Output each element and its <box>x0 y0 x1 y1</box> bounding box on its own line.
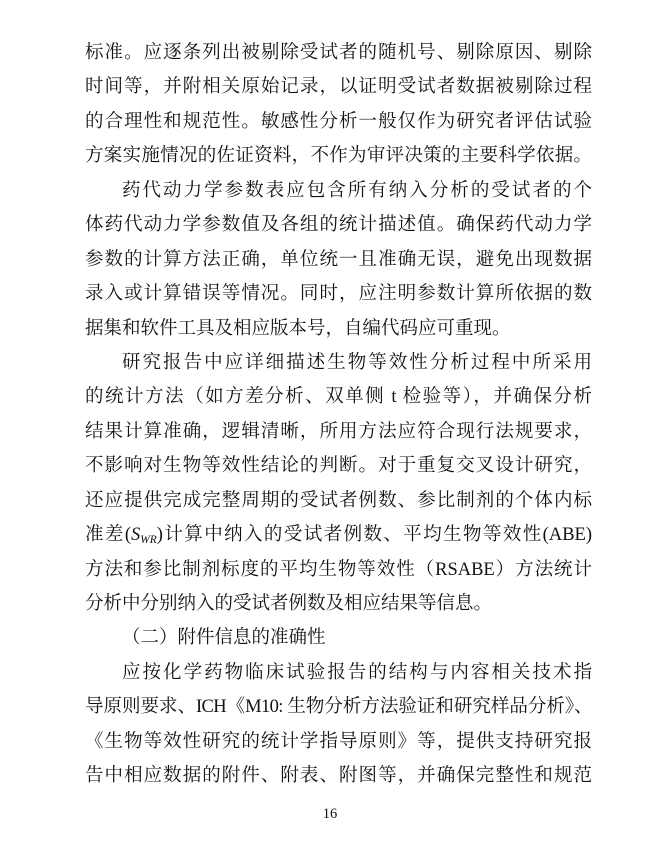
document-line: 348（二）附件信息的准确性 <box>85 621 592 655</box>
line-text: 告中相应数据的附件、附表、附图等，并确保完整性和规范 <box>85 759 592 793</box>
line-text: 不影响对生物等效性结论的判断。对于重复交叉设计研究， <box>85 449 592 483</box>
line-text: 录入或计算错误等情况。同时，应注明参数计算所依据的数 <box>85 277 592 311</box>
document-line: 351《生物等效性研究的统计学指导原则》等，提供支持研究报 <box>85 725 592 759</box>
document-page: 331标准。应逐条列出被剔除受试者的随机号、剔除原因、剔除332时间等，并附相关… <box>0 0 660 846</box>
line-text: 《生物等效性研究的统计学指导原则》等，提供支持研究报 <box>85 725 592 759</box>
document-line: 335药代动力学参数表应包含所有纳入分析的受试者的个 <box>85 174 592 208</box>
document-line: 333的合理性和规范性。敏感性分析一般仅作为研究者评估试验 <box>85 105 592 139</box>
document-line: 338录入或计算错误等情况。同时，应注明参数计算所依据的数 <box>85 277 592 311</box>
line-text: 研究报告中应详细描述生物等效性分析过程中所采用 <box>85 346 592 380</box>
text-segment: )计算中纳入的受试者例数、平均生物等效性(ABE) <box>157 525 592 545</box>
document-line: 345准差(SWR)计算中纳入的受试者例数、平均生物等效性(ABE) <box>85 518 592 552</box>
document-line: 331标准。应逐条列出被剔除受试者的随机号、剔除原因、剔除 <box>85 36 592 70</box>
text-segment: 准差( <box>85 525 131 545</box>
line-text: 结果计算准确，逻辑清晰，所用方法应符合现行法规要求， <box>85 415 592 449</box>
document-line: 349应按化学药物临床试验报告的结构与内容相关技术指 <box>85 656 592 690</box>
line-text: 方案实施情况的佐证资料，不作为审评决策的主要科学依据。 <box>85 139 592 173</box>
line-text: 药代动力学参数表应包含所有纳入分析的受试者的个 <box>85 174 592 208</box>
line-text: 标准。应逐条列出被剔除受试者的随机号、剔除原因、剔除 <box>85 36 592 70</box>
document-line: 339据集和软件工具及相应版本号，自编代码应可重现。 <box>85 312 592 346</box>
document-line: 336体药代动力学参数值及各组的统计描述值。确保药代动力学 <box>85 208 592 242</box>
line-text: 体药代动力学参数值及各组的统计描述值。确保药代动力学 <box>85 208 592 242</box>
line-text: 分析中分别纳入的受试者例数及相应结果等信息。 <box>85 587 592 621</box>
line-text: 导原则要求、ICH《M10: 生物分析方法验证和研究样品分析》、 <box>85 690 592 724</box>
page-number: 16 <box>0 806 660 823</box>
document-line: 341的统计方法（如方差分析、双单侧 t 检验等），并确保分析 <box>85 380 592 414</box>
line-text: （二）附件信息的准确性 <box>85 621 592 655</box>
variable-subscript: WR <box>140 534 157 546</box>
document-line: 347分析中分别纳入的受试者例数及相应结果等信息。 <box>85 587 592 621</box>
document-line: 340研究报告中应详细描述生物等效性分析过程中所采用 <box>85 346 592 380</box>
line-text: 时间等，并附相关原始记录，以证明受试者数据被剔除过程 <box>85 70 592 104</box>
line-text: 的统计方法（如方差分析、双单侧 t 检验等），并确保分析 <box>85 380 592 414</box>
document-line: 332时间等，并附相关原始记录，以证明受试者数据被剔除过程 <box>85 70 592 104</box>
document-line: 352告中相应数据的附件、附表、附图等，并确保完整性和规范 <box>85 759 592 793</box>
line-text: 的合理性和规范性。敏感性分析一般仅作为研究者评估试验 <box>85 105 592 139</box>
document-line: 346方法和参比制剂标度的平均生物等效性（RSABE）方法统计 <box>85 553 592 587</box>
line-text: 应按化学药物临床试验报告的结构与内容相关技术指 <box>85 656 592 690</box>
document-line: 334方案实施情况的佐证资料，不作为审评决策的主要科学依据。 <box>85 139 592 173</box>
document-line: 344还应提供完成完整周期的受试者例数、参比制剂的个体内标 <box>85 484 592 518</box>
line-text: 还应提供完成完整周期的受试者例数、参比制剂的个体内标 <box>85 484 592 518</box>
document-line: 337参数的计算方法正确，单位统一且准确无误，避免出现数据 <box>85 243 592 277</box>
document-line: 350导原则要求、ICH《M10: 生物分析方法验证和研究样品分析》、 <box>85 690 592 724</box>
line-text: 参数的计算方法正确，单位统一且准确无误，避免出现数据 <box>85 243 592 277</box>
document-body: 331标准。应逐条列出被剔除受试者的随机号、剔除原因、剔除332时间等，并附相关… <box>85 36 592 794</box>
variable-symbol: S <box>131 525 140 545</box>
document-line: 342结果计算准确，逻辑清晰，所用方法应符合现行法规要求， <box>85 415 592 449</box>
line-text: 方法和参比制剂标度的平均生物等效性（RSABE）方法统计 <box>85 553 592 587</box>
line-text: 据集和软件工具及相应版本号，自编代码应可重现。 <box>85 312 592 346</box>
line-text: 准差(SWR)计算中纳入的受试者例数、平均生物等效性(ABE) <box>85 518 592 552</box>
document-line: 343不影响对生物等效性结论的判断。对于重复交叉设计研究， <box>85 449 592 483</box>
